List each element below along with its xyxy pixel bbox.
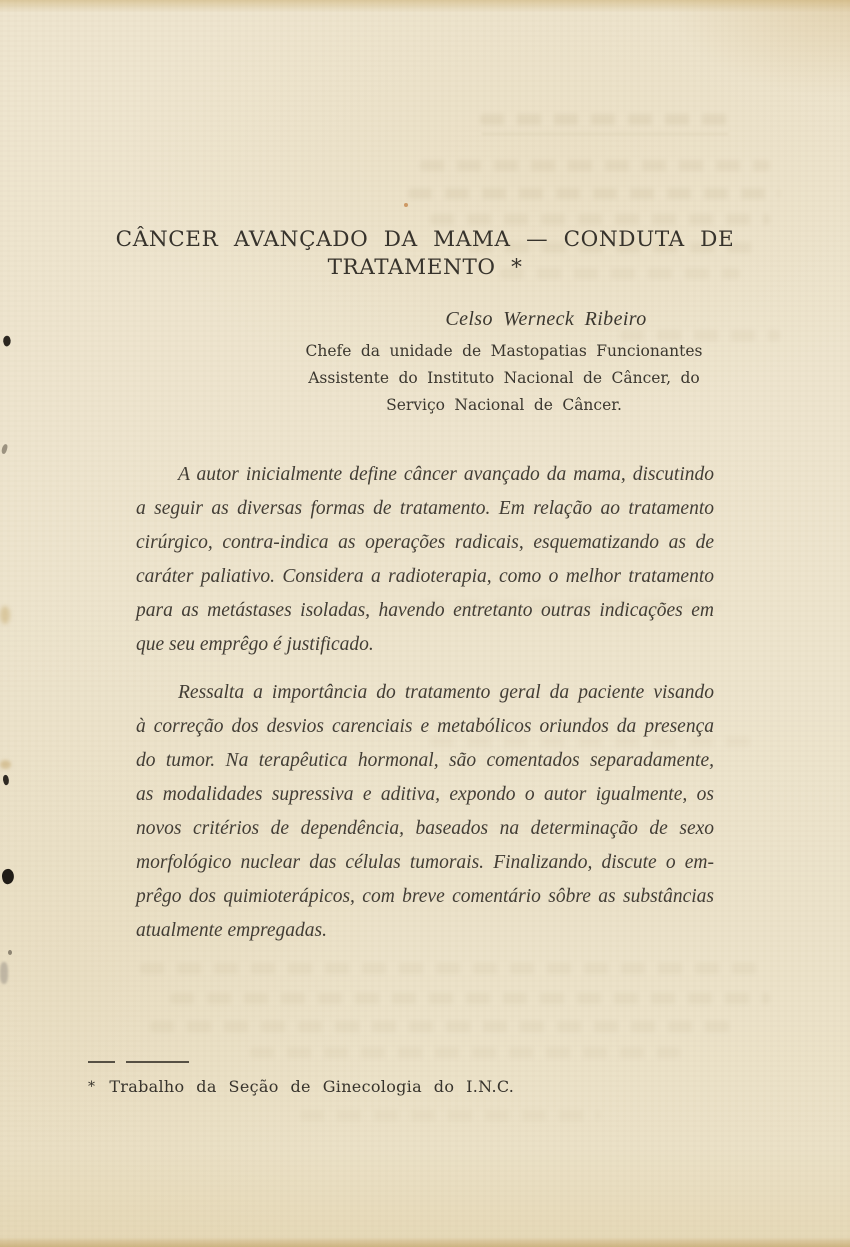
abstract-paragraph-2: Ressalta a importância do tratamento ger…: [136, 676, 714, 948]
pencil-smudge: [0, 962, 8, 984]
affiliation-line: Assistente do Instituto Nacional de Cânc…: [292, 365, 716, 392]
abstract-line: a seguir as diversas formas de tratament…: [136, 492, 714, 526]
affiliation-line: Chefe da unidade de Mastopatias Funciona…: [292, 338, 716, 365]
abstract-line: para as metástases isoladas, havendo ent…: [136, 594, 714, 628]
ink-speck: [1, 868, 16, 885]
footnote-text: Trabalho da Seção de Ginecologia do I.N.…: [109, 1077, 514, 1096]
abstract-line: atualmente empregadas.: [136, 914, 714, 948]
abstract-line: à correção dos desvios carenciais e meta…: [136, 710, 714, 744]
bleedthrough-ghost-line: [408, 188, 780, 199]
abstract-line: novos critérios de dependência, baseados…: [136, 812, 714, 846]
affiliation-line: Serviço Nacional de Câncer.: [292, 392, 716, 419]
article-title-line-2: TRATAMENTO *: [0, 254, 850, 282]
footnote-rule-segment: [88, 1061, 115, 1063]
bleedthrough-ghost-line: [170, 993, 770, 1004]
ink-speck: [1, 335, 12, 347]
bleedthrough-ghost-line: [430, 214, 770, 225]
bleedthrough-ghost-line: [150, 1021, 730, 1032]
article-title: CÂNCER AVANÇADO DA MAMA — CONDUTA DE TRA…: [0, 226, 850, 282]
footnote-asterisk: *: [88, 1079, 95, 1098]
abstract-line: que seu emprêgo é justificado.: [136, 628, 714, 662]
bleedthrough-ghost-rule: [482, 133, 728, 135]
bleedthrough-ghost-line: [140, 963, 760, 974]
ink-speck: [404, 203, 408, 207]
abstract-line: do tumor. Na terapêutica hormonal, são c…: [136, 744, 714, 778]
author-affiliation: Chefe da unidade de Mastopatias Funciona…: [292, 338, 716, 419]
abstract-line: as modalidades supressiva e aditiva, exp…: [136, 778, 714, 812]
footnote: * Trabalho da Seção de Ginecologia do I.…: [88, 1077, 514, 1096]
abstract-line: Ressalta a importância do tratamento ger…: [136, 676, 714, 710]
paper-stain: [0, 760, 11, 769]
bleedthrough-ghost-line: [420, 160, 770, 171]
bleedthrough-ghost-line: [250, 1047, 680, 1058]
ink-speck: [1, 444, 8, 455]
paper-stain: [0, 606, 10, 624]
footnote-rule-segment: [126, 1061, 189, 1063]
abstract-line: prêgo dos quimioterápicos, com breve com…: [136, 880, 714, 914]
abstract-paragraph-1: A autor inicialmente define câncer avanç…: [136, 458, 714, 662]
abstract-line: A autor inicialmente define câncer avanç…: [136, 458, 714, 492]
bleedthrough-ghost-line: [480, 114, 730, 125]
abstract-line: caráter paliativo. Considera a radiotera…: [136, 560, 714, 594]
ink-speck: [8, 950, 12, 955]
abstract-line: morfológico nuclear das células tumorais…: [136, 846, 714, 880]
bleedthrough-ghost-line: [300, 1110, 600, 1121]
scanned-paper-page: CÂNCER AVANÇADO DA MAMA — CONDUTA DE TRA…: [0, 0, 850, 1247]
page-bottom-edge: [0, 1237, 850, 1247]
ink-speck: [1, 774, 10, 785]
author-block: Celso Werneck Ribeiro Chefe da unidade d…: [292, 308, 716, 419]
abstract-line: cirúrgico, contra-indica as operações ra…: [136, 526, 714, 560]
article-title-line-1: CÂNCER AVANÇADO DA MAMA — CONDUTA DE: [0, 226, 850, 254]
abstract: A autor inicialmente define câncer avanç…: [136, 458, 714, 948]
author-name: Celso Werneck Ribeiro: [292, 308, 716, 331]
